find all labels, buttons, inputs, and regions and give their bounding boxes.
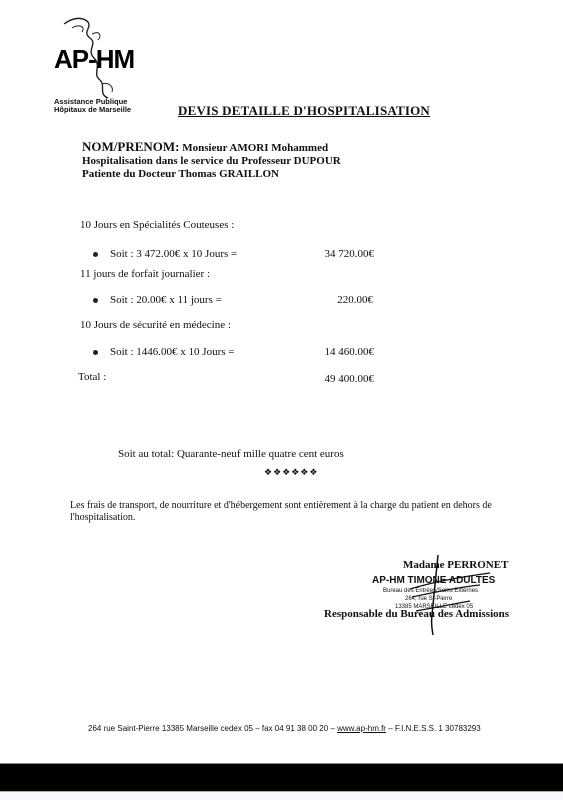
bullet-icon [93, 298, 98, 303]
service-line: Hospitalisation dans le service du Profe… [82, 155, 341, 168]
total-label: Total : [78, 371, 106, 383]
total-amount: 49 400.00€ [254, 373, 374, 385]
item-calc: Soit : 20.00€ x 11 jours = [93, 294, 222, 306]
footer-finess: – F.I.N.E.S.S. 1 30783293 [386, 724, 481, 733]
bullet-icon [93, 252, 98, 257]
item-category: 10 Jours en Spécialités Couteuses : [80, 219, 234, 231]
total-in-words: Soit au total: Quarante-neuf mille quatr… [118, 448, 344, 460]
document-page: AP-HM Assistance Publique Hôpitaux de Ma… [0, 0, 563, 762]
bottom-black-bar [0, 763, 563, 792]
cost-note: Les frais de transport, de nourriture et… [70, 500, 520, 524]
item-calc-text: Soit : 1446.00€ x 10 Jours = [110, 346, 234, 358]
footer-address: 264 rue Saint-Pierre 13385 Marseille ced… [88, 724, 337, 733]
item-category: 11 jours de forfait journalier : [80, 268, 210, 280]
bottom-strip [0, 791, 563, 800]
logo-brand: AP-HM [54, 44, 134, 75]
item-calc: Soit : 1446.00€ x 10 Jours = [93, 346, 234, 358]
aphm-logo: AP-HM Assistance Publique Hôpitaux de Ma… [42, 14, 162, 114]
doctor-line: Patiente du Docteur Thomas GRAILLON [82, 168, 341, 181]
footer-contact: 264 rue Saint-Pierre 13385 Marseille ced… [88, 724, 481, 733]
bullet-icon [93, 350, 98, 355]
item-amount: 34 720.00€ [254, 248, 374, 260]
item-category: 10 Jours de sécurité en médecine : [80, 319, 231, 331]
signature-block: Madame PERRONET AP-HM TIMONE ADULTES Bur… [320, 555, 520, 635]
patient-name-line: NOM/PRENOM: Monsieur AMORI Mohammed [82, 140, 341, 155]
item-amount: 220.00€ [253, 294, 373, 306]
logo-subtitle: Assistance Publique Hôpitaux de Marseill… [54, 98, 174, 114]
item-calc-text: Soit : 20.00€ x 11 jours = [110, 294, 222, 306]
document-title: DEVIS DETAILLE D'HOSPITALISATION [178, 103, 430, 119]
website-link[interactable]: www.ap-hm.fr [337, 724, 386, 733]
handwritten-signature-icon [320, 555, 520, 635]
patient-info: NOM/PRENOM: Monsieur AMORI Mohammed Hosp… [82, 140, 341, 181]
separator-ornament: ❖❖❖❖❖❖ [264, 467, 318, 478]
item-calc-text: Soit : 3 472.00€ x 10 Jours = [110, 248, 237, 260]
logo-subtitle-line2: Hôpitaux de Marseille [54, 106, 174, 114]
name-value: Monsieur AMORI Mohammed [182, 142, 328, 154]
item-amount: 14 460.00€ [254, 346, 374, 358]
item-calc: Soit : 3 472.00€ x 10 Jours = [93, 248, 237, 260]
name-label: NOM/PRENOM: [82, 139, 179, 154]
